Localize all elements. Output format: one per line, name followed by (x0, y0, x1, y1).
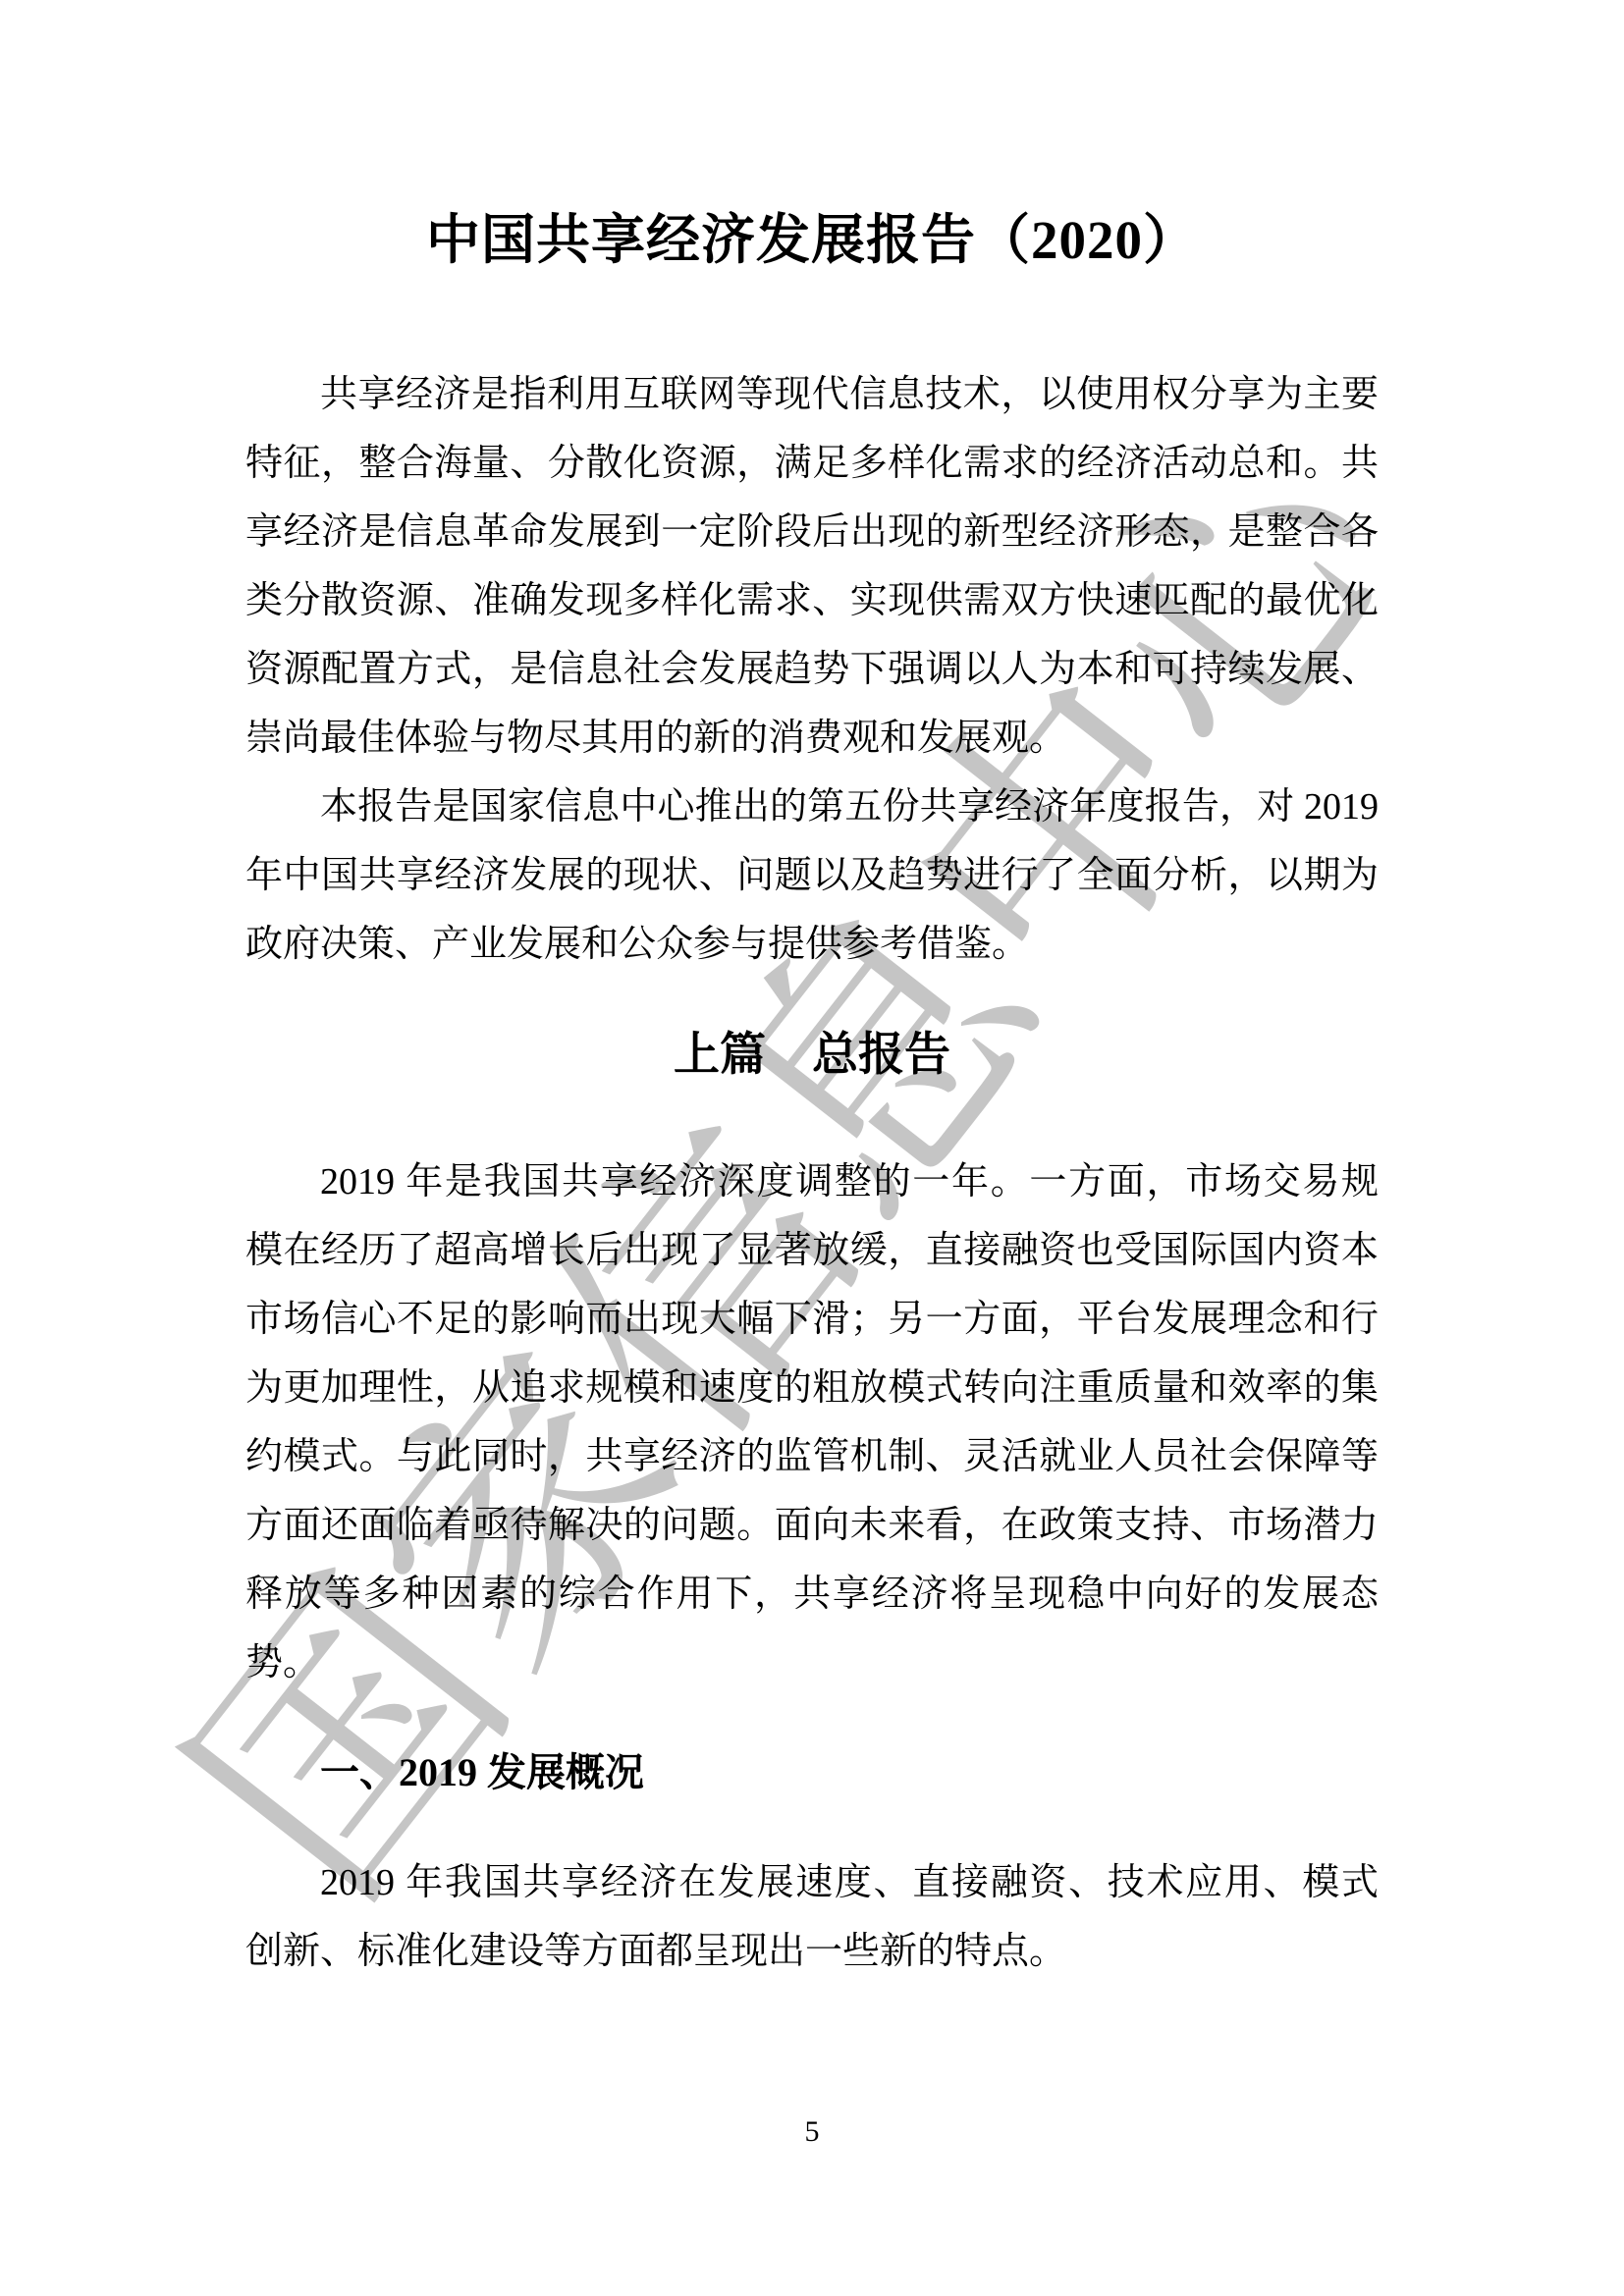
paragraph-report-overview: 本报告是国家信息中心推出的第五份共享经济年度报告，对 2019 年中国共享经济发… (245, 773, 1379, 979)
paragraph-new-features: 2019 年我国共享经济在发展速度、直接融资、技术应用、模式 创新、标准化建设等… (245, 1848, 1379, 1986)
paragraph-line: 2019 年我国共享经济在发展速度、直接融资、技术应用、模式 (245, 1848, 1379, 1917)
paragraph-line: 崇尚最佳体验与物尽其用的新的消费观和发展观。 (245, 704, 1379, 773)
paragraph-line: 2019 年是我国共享经济深度调整的一年。一方面，市场交易规 (245, 1148, 1379, 1216)
document-page: 国家信息中心 中国共享经济发展报告（2020） 共享经济是指利用互联网等现代信息… (0, 0, 1624, 2296)
page-content: 中国共享经济发展报告（2020） 共享经济是指利用互联网等现代信息技术，以使用权… (245, 0, 1379, 2296)
paragraph-line: 释放等多种因素的综合作用下，共享经济将呈现稳中向好的发展态 (245, 1560, 1379, 1629)
paragraph-line: 为更加理性，从追求规模和速度的粗放模式转向注重质量和效率的集 (245, 1354, 1379, 1422)
paragraph-line: 创新、标准化建设等方面都呈现出一些新的特点。 (245, 1917, 1379, 1986)
page-number: 5 (245, 2112, 1379, 2152)
paragraph-line: 年中国共享经济发展的现状、问题以及趋势进行了全面分析，以期为 (245, 841, 1379, 910)
paragraph-line: 模在经历了超高增长后出现了显著放缓，直接融资也受国际国内资本 (245, 1216, 1379, 1285)
paragraph-line: 共享经济是指利用互联网等现代信息技术，以使用权分享为主要 (245, 360, 1379, 429)
paragraph-2019-analysis: 2019 年是我国共享经济深度调整的一年。一方面，市场交易规 模在经历了超高增长… (245, 1148, 1379, 1697)
paragraph-intro-definition: 共享经济是指利用互联网等现代信息技术，以使用权分享为主要 特征，整合海量、分散化… (245, 360, 1379, 773)
paragraph-line: 约模式。与此同时，共享经济的监管机制、灵活就业人员社会保障等 (245, 1422, 1379, 1491)
report-title: 中国共享经济发展报告（2020） (245, 201, 1379, 280)
paragraph-line: 资源配置方式，是信息社会发展趋势下强调以人为本和可持续发展、 (245, 635, 1379, 704)
paragraph-line: 类分散资源、准确发现多样化需求、实现供需双方快速匹配的最优化 (245, 566, 1379, 635)
paragraph-line: 政府决策、产业发展和公众参与提供参考借鉴。 (245, 910, 1379, 979)
paragraph-line: 特征，整合海量、分散化资源，满足多样化需求的经济活动总和。共 (245, 429, 1379, 498)
paragraph-line: 势。 (245, 1629, 1379, 1697)
paragraph-line: 市场信心不足的影响而出现大幅下滑；另一方面，平台发展理念和行 (245, 1285, 1379, 1354)
paragraph-line: 本报告是国家信息中心推出的第五份共享经济年度报告，对 2019 (245, 773, 1379, 841)
paragraph-line: 享经济是信息革命发展到一定阶段后出现的新型经济形态，是整合各 (245, 498, 1379, 566)
section-heading-2019-overview: 一、2019 发展概况 (245, 1735, 1379, 1810)
part-heading: 上篇 总报告 (245, 1020, 1379, 1091)
paragraph-line: 方面还面临着亟待解决的问题。面向未来看，在政策支持、市场潜力 (245, 1491, 1379, 1560)
